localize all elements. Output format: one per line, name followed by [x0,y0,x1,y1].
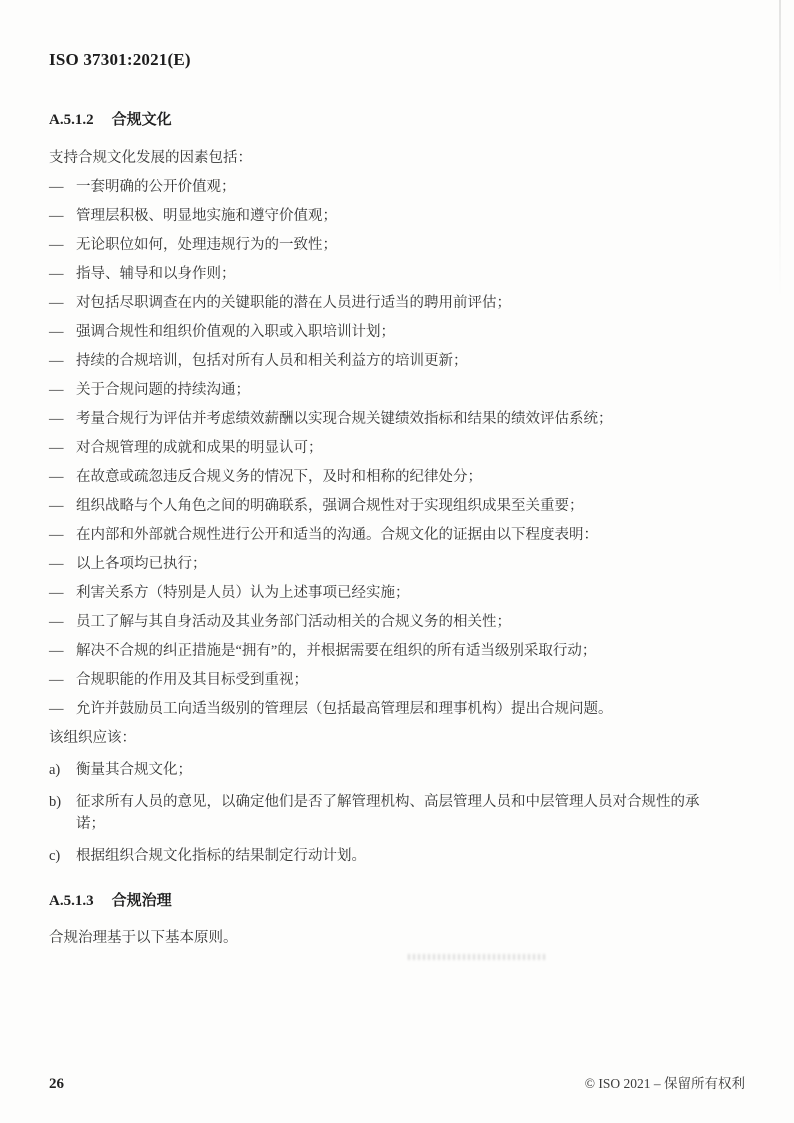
list-item-text: 利害关系方（特别是人员）认为上述事项已经实施； [76,582,745,604]
dash-marker: — [49,350,76,372]
list-item-text: 强调合规性和组织价值观的入职或入职培训计划； [76,321,745,343]
dash-marker: — [49,611,76,633]
document-header-title: ISO 37301:2021(E) [49,50,745,70]
list-item-text: 组织战略与个人角色之间的明确联系，强调合规性对于实现组织成果至关重要； [76,495,745,517]
dash-marker: — [49,495,76,517]
dash-marker: — [49,669,76,691]
scan-smudge-artifact [408,954,548,960]
lettered-item-text: 根据组织合规文化指标的结果制定行动计划。 [76,845,724,867]
dash-marker: — [49,466,76,488]
document-page: ISO 37301:2021(E) A.5.1.2合规文化 支持合规文化发展的因… [0,0,794,1123]
lettered-item: a) 衡量其合规文化； [49,759,745,781]
dash-marker: — [49,553,76,575]
dash-marker: — [49,234,76,256]
dash-marker: — [49,176,76,198]
section-number: A.5.1.3 [49,893,94,909]
list-item: — 在故意或疏忽违反合规义务的情况下，及时和相称的纪律处分； [49,466,745,488]
document-footer: 26 © ISO 2021 – 保留所有权利 [49,1072,745,1093]
list-item: — 合规职能的作用及其目标受到重视； [49,669,745,691]
list-item-text: 管理层积极、明显地实施和遵守价值观； [76,205,745,227]
list-item: — 员工了解与其自身活动及其业务部门活动相关的合规义务的相关性； [49,611,745,633]
scan-edge-artifact [779,0,781,300]
list-item-text: 以上各项均已执行； [76,553,745,575]
lettered-item: c) 根据组织合规文化指标的结果制定行动计划。 [49,845,745,867]
dash-marker: — [49,524,76,546]
dash-marker: — [49,321,76,343]
list-item-text: 员工了解与其自身活动及其业务部门活动相关的合规义务的相关性； [76,611,745,633]
list-item: — 持续的合规培训，包括对所有人员和相关利益方的培训更新； [49,350,745,372]
list-item: — 考量合规行为评估并考虑绩效薪酬以实现合规关键绩效指标和结果的绩效评估系统； [49,408,745,430]
list-item: — 强调合规性和组织价值观的入职或入职培训计划； [49,321,745,343]
list-item: — 关于合规问题的持续沟通； [49,379,745,401]
list-item-text: 在故意或疏忽违反合规义务的情况下，及时和相称的纪律处分； [76,466,745,488]
lettered-item: b) 征求所有人员的意见，以确定他们是否了解管理机构、高层管理人员和中层管理人员… [49,791,745,835]
list-item-text: 合规职能的作用及其目标受到重视； [76,669,745,691]
list-item-text: 关于合规问题的持续沟通； [76,379,745,401]
section-title: 合规治理 [112,893,172,909]
list-item-text: 在内部和外部就合规性进行公开和适当的沟通。合规文化的证据由以下程度表明： [76,524,745,546]
lettered-item-label: b) [49,791,76,835]
section-number: A.5.1.2 [49,112,94,128]
list-item: — 解决不合规的纠正措施是“拥有”的，并根据需要在组织的所有适当级别采取行动； [49,640,745,662]
section-heading-a513: A.5.1.3合规治理 [49,891,745,912]
dash-list: — 一套明确的公开价值观； — 管理层积极、明显地实施和遵守价值观； — 无论职… [49,176,745,720]
dash-marker: — [49,263,76,285]
a513-body-paragraph: 合规治理基于以下基本原则。 [49,927,745,949]
list-item-text: 指导、辅导和以身作则； [76,263,745,285]
list-item: — 管理层积极、明显地实施和遵守价值观； [49,205,745,227]
dash-marker: — [49,379,76,401]
list-item: — 一套明确的公开价值观； [49,176,745,198]
list-item: — 以上各项均已执行； [49,553,745,575]
lettered-item-label: a) [49,759,76,781]
list-item: — 对合规管理的成就和成果的明显认可； [49,437,745,459]
lettered-item-text: 衡量其合规文化； [76,759,724,781]
list-item-text: 对包括尽职调查在内的关键职能的潜在人员进行适当的聘用前评估； [76,292,745,314]
lettered-item-text: 征求所有人员的意见，以确定他们是否了解管理机构、高层管理人员和中层管理人员对合规… [76,791,724,835]
list-item: — 利害关系方（特别是人员）认为上述事项已经实施； [49,582,745,604]
list-item: — 对包括尽职调查在内的关键职能的潜在人员进行适当的聘用前评估； [49,292,745,314]
copyright-notice: © ISO 2021 – 保留所有权利 [585,1072,745,1092]
dash-marker: — [49,292,76,314]
list-item: — 在内部和外部就合规性进行公开和适当的沟通。合规文化的证据由以下程度表明： [49,524,745,546]
page-number: 26 [49,1076,64,1093]
list-item: — 组织战略与个人角色之间的明确联系，强调合规性对于实现组织成果至关重要； [49,495,745,517]
dash-marker: — [49,582,76,604]
lettered-list: a) 衡量其合规文化； b) 征求所有人员的意见，以确定他们是否了解管理机构、高… [49,759,745,867]
list-item-text: 对合规管理的成就和成果的明显认可； [76,437,745,459]
list-item: — 允许并鼓励员工向适当级别的管理层（包括最高管理层和理事机构）提出合规问题。 [49,698,745,720]
list-item-text: 解决不合规的纠正措施是“拥有”的，并根据需要在组织的所有适当级别采取行动； [76,640,745,662]
dash-marker: — [49,205,76,227]
dash-marker: — [49,408,76,430]
intro-paragraph: 支持合规文化发展的因素包括： [49,147,745,169]
list-item-text: 允许并鼓励员工向适当级别的管理层（包括最高管理层和理事机构）提出合规问题。 [76,698,745,720]
org-should-paragraph: 该组织应该： [49,727,745,749]
dash-marker: — [49,640,76,662]
list-item-text: 一套明确的公开价值观； [76,176,745,198]
list-item-text: 无论职位如何，处理违规行为的一致性； [76,234,745,256]
section-heading-a512: A.5.1.2合规文化 [49,110,745,131]
lettered-item-label: c) [49,845,76,867]
dash-marker: — [49,698,76,720]
list-item: — 指导、辅导和以身作则； [49,263,745,285]
dash-marker: — [49,437,76,459]
section-title: 合规文化 [112,112,172,128]
list-item-text: 考量合规行为评估并考虑绩效薪酬以实现合规关键绩效指标和结果的绩效评估系统； [76,408,745,430]
list-item: — 无论职位如何，处理违规行为的一致性； [49,234,745,256]
list-item-text: 持续的合规培训，包括对所有人员和相关利益方的培训更新； [76,350,745,372]
